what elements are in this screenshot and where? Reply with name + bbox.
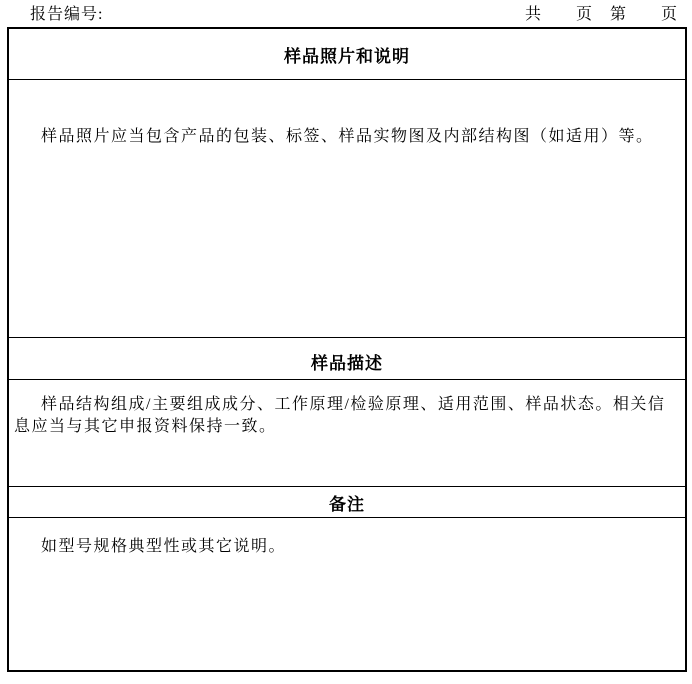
section-remarks-body-text: 如型号规格典型性或其它说明。 (14, 536, 671, 558)
page-header-bar: 报告编号: 共 页 第 页 (30, 0, 678, 27)
section-photos-body-text: 样品照片应当包含产品的包装、标签、样品实物图及内部结构图（如适用）等。 (14, 126, 671, 148)
page-count-label: 共 页 第 页 (525, 1, 678, 24)
section-description-title: 样品描述 (9, 337, 685, 379)
sample-info-table: 样品照片和说明 样品照片应当包含产品的包装、标签、样品实物图及内部结构图（如适用… (7, 27, 687, 672)
document-page: 报告编号: 共 页 第 页 样品照片和说明 样品照片应当包含产品的包装、标签、样… (0, 0, 692, 684)
section-remarks-body-cell: 如型号规格典型性或其它说明。 (9, 517, 685, 670)
section-remarks-title: 备注 (9, 486, 685, 517)
report-number-label: 报告编号: (30, 1, 103, 24)
section-photos-title: 样品照片和说明 (9, 29, 685, 79)
section-photos-body-cell: 样品照片应当包含产品的包装、标签、样品实物图及内部结构图（如适用）等。 (9, 79, 685, 337)
section-description-body-cell: 样品结构组成/主要组成成分、工作原理/检验原理、适用范围、样品状态。相关信息应当… (9, 379, 685, 486)
section-description-body-text: 样品结构组成/主要组成成分、工作原理/检验原理、适用范围、样品状态。相关信息应当… (14, 394, 671, 438)
